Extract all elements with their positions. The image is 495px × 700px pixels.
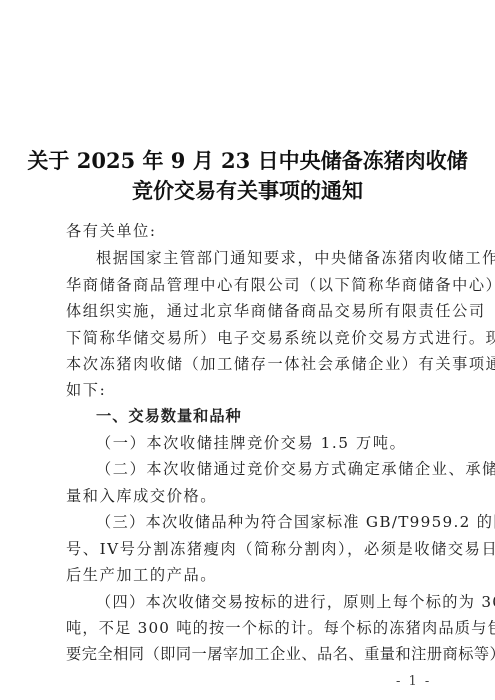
document-page: 关于 2025 年 9 月 23 日中央储备冻猪肉收储 竞价交易有关事项的通知 … [0, 0, 495, 700]
section-heading: 一、交易数量和品种 [96, 406, 242, 426]
clause-line: （四）本次收储交易按标的进行，原则上每个标的为 300 [96, 592, 495, 612]
document-title-line-1: 关于 2025 年 9 月 23 日中央储备冻猪肉收储 [0, 146, 495, 176]
body-line: 如下: [66, 380, 106, 400]
clause-line: （二）本次收储通过竞价交易方式确定承储企业、承储数 [96, 459, 495, 479]
clause-line: （一）本次收储挂牌竞价交易 1.5 万吨。 [96, 433, 406, 453]
clause-line: （三）本次收储品种为符合国家标准 GB/T9959.2 的国产II [96, 512, 495, 532]
clause-line: 吨，不足 300 吨的按一个标的计。每个标的冻猪肉品质与包装 [66, 618, 495, 638]
body-line: 本次冻猪肉收储（加工储存一体社会承储企业）有关事项通知 [66, 354, 495, 374]
body-line: 华商储备商品管理中心有限公司（以下简称华商储备中心）具 [66, 275, 495, 295]
clause-line: 后生产加工的产品。 [66, 565, 217, 585]
body-line: 根据国家主管部门通知要求，中央储备冻猪肉收储工作由 [96, 248, 495, 268]
clause-line: 号、IV号分割冻猪瘦肉（简称分割肉），必须是收储交易日之 [66, 539, 495, 559]
body-line: 下简称华储交易所）电子交易系统以竞价交易方式进行。现就 [66, 328, 495, 348]
document-title-line-2: 竞价交易有关事项的通知 [0, 176, 495, 206]
salutation: 各有关单位: [66, 221, 157, 241]
clause-line: 量和入库成交价格。 [66, 486, 217, 506]
page-number: - 1 - [396, 674, 431, 689]
body-line: 体组织实施，通过北京华商储备商品交易所有限责任公司（以 [66, 301, 495, 321]
clause-line: 要完全相同（即同一屠宰加工企业、品名、重量和注册商标等）。 [66, 644, 495, 664]
